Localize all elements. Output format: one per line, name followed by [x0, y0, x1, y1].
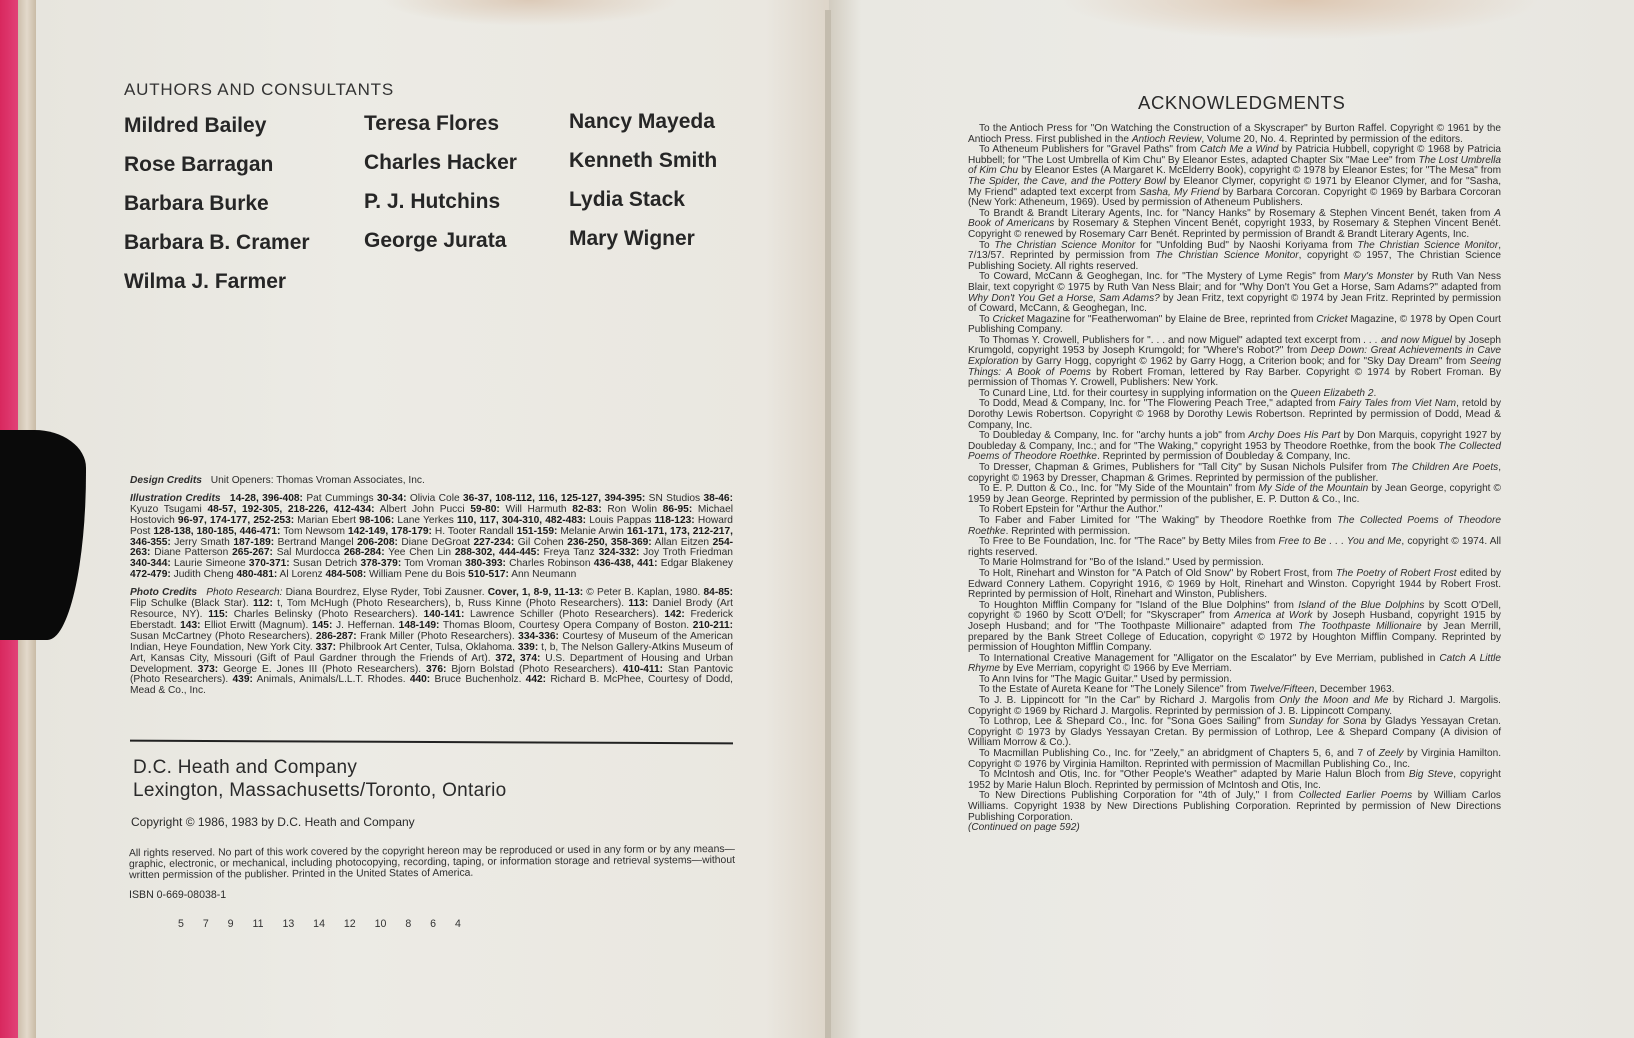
credit-name: Lawrence Schiller (Photo Researchers). [464, 609, 658, 620]
acknowledgment-entry: To Doubleday & Company, Inc. for "archy … [968, 431, 1501, 463]
acknowledgment-entry: To Brandt & Brandt Literary Agents, Inc.… [968, 209, 1501, 241]
credit-pages: 370-371: [249, 558, 290, 569]
credit-pages: 436-438, 441: [594, 558, 658, 569]
acknowledgment-entry: To New Directions Publishing Corporation… [968, 791, 1501, 823]
credit-name: Melanie Arwin [557, 526, 623, 537]
credit-name: Freya Tanz [540, 547, 595, 558]
author-name: Barbara Burke [124, 192, 364, 217]
credit-pages: 145: [312, 620, 332, 631]
credit-pages: 288-302, 444-445: [455, 547, 540, 558]
credit-pages: 480-481: [237, 569, 278, 580]
credit-name: Edgar Blakeney [658, 558, 733, 569]
credit-name: Will Harmuth [500, 504, 567, 515]
author-name: Mildred Bailey [124, 114, 364, 139]
credit-name: Olivia Cole [406, 493, 459, 504]
credit-name: Marian Ebert [294, 515, 356, 526]
credit-pages: 373: [198, 664, 218, 675]
acknowledgment-entry: To Atheneum Publishers for "Gravel Paths… [968, 145, 1501, 209]
credit-name: Yee Chen Lin [385, 547, 451, 558]
credit-name: Philbrook Art Center, Tulsa, Oklahoma. [336, 642, 515, 653]
credit-pages: 340-344: [130, 558, 171, 569]
author-name: George Jurata [364, 229, 569, 254]
credit-pages: 48-57, 192-305, 218-226, 412-434: [207, 504, 374, 515]
credit-pages: 440: [410, 674, 430, 685]
credit-name: Susan Detrich [290, 558, 358, 569]
credit-pages: 265-267: [232, 547, 273, 558]
authors-list: Mildred BaileyTeresa FloresNancy MayedaR… [124, 114, 769, 295]
credit-pages: 337: [316, 642, 336, 653]
credit-pages: 372, 374: [495, 653, 540, 664]
credit-pages: 110, 117, 304-310, 482-483: [457, 515, 586, 526]
credit-pages: 148-149: [399, 620, 440, 631]
author-name: Mary Wigner [569, 227, 769, 252]
credit-pages: 82-83: [572, 504, 601, 515]
credit-name: Joy Troth Friedman [639, 547, 733, 558]
design-credits: Design Credits Unit Openers: Thomas Vrom… [130, 476, 733, 487]
printing-numbers: 5 7 9 11 13 14 12 10 8 6 4 [178, 918, 461, 930]
illustration-credits: Illustration Credits 14-28, 396-408: Pat… [130, 494, 733, 581]
credit-name: Pat Cummings [303, 493, 374, 504]
author-name: Nancy Mayeda [569, 110, 769, 135]
credit-pages: 206-208: [357, 537, 398, 548]
credit-pages: 227-234: [473, 537, 514, 548]
credit-name: Flip Schulke (Black Star). [130, 598, 249, 609]
rights-notice: All rights reserved. No part of this wor… [129, 844, 735, 881]
acknowledgment-entry: To Free to Be Foundation, Inc. for "The … [968, 537, 1501, 558]
credit-pages: 510-517: [468, 569, 509, 580]
credit-name: Ron Wolin [602, 504, 657, 515]
credit-pages: 376: [426, 664, 446, 675]
credit-name: Ann Neumann [509, 569, 576, 580]
acknowledgment-entry: To the Antioch Press for "On Watching th… [968, 124, 1501, 145]
credit-name: H. Tooter Randall [432, 526, 514, 537]
acknowledgments-title: ACKNOWLEDGMENTS [1138, 92, 1345, 114]
credit-pages: 38-46: [704, 493, 733, 504]
credit-name: Judith Cheng [171, 569, 234, 580]
credit-name: Bruce Buchenholz. [430, 674, 521, 685]
credit-pages: 113: [628, 598, 648, 609]
credit-name: Al Lorenz [277, 569, 322, 580]
credit-name: Frank Miller (Photo Researchers). [357, 631, 515, 642]
credit-name: Tom Newsom [280, 526, 345, 537]
credit-pages: 30-34: [377, 493, 406, 504]
credit-name: Albert John Pucci [375, 504, 465, 515]
paper-stain [380, 0, 680, 26]
credit-pages: 142-149, 178-179: [348, 526, 432, 537]
credit-name: Louis Pappas [586, 515, 651, 526]
credit-name: William Pene du Bois [366, 569, 465, 580]
credit-name: Charles Belinsky (Photo Researchers). [228, 609, 418, 620]
credit-name: Tom Vroman [401, 558, 462, 569]
author-name: Barbara B. Cramer [124, 231, 364, 256]
credit-name: Sal Murdocca [273, 547, 340, 558]
credit-name: t, Tom McHugh (Photo Researchers), b, Ru… [273, 598, 624, 609]
credit-pages: 472-479: [130, 569, 171, 580]
credit-pages: 334-336: [518, 631, 559, 642]
credit-pages: 187-189: [233, 537, 274, 548]
credit-pages: 151-159: [517, 526, 558, 537]
isbn: ISBN 0-669-08038-1 [129, 889, 226, 901]
acknowledgment-entry: To Dresser, Chapman & Grimes, Publishers… [968, 463, 1501, 484]
author-name: Kenneth Smith [569, 149, 769, 174]
acknowledgment-entry: To Faber and Faber Limited for "The Waki… [968, 516, 1501, 537]
author-name: Teresa Flores [364, 112, 569, 137]
credit-pages: 128-138, 180-185, 446-471: [153, 526, 280, 537]
acknowledgment-entry: To Dodd, Mead & Company, Inc. for "The F… [968, 399, 1501, 431]
acknowledgment-entry: To Coward, McCann & Geoghegan, Inc. for … [968, 272, 1501, 314]
credit-name: Allan Eitzen [652, 537, 709, 548]
credit-pages: 14-28, 396-408: [230, 493, 303, 504]
credit-name: George E. Jones III (Photo Researchers). [218, 664, 421, 675]
paper-stain [1060, 0, 1540, 40]
acknowledgments-body: To the Antioch Press for "On Watching th… [968, 124, 1501, 834]
credit-name: Charles Robinson [506, 558, 591, 569]
acknowledgment-entry: To Houghton Mifflin Company for "Island … [968, 601, 1501, 654]
credits-block: Design Credits Unit Openers: Thomas Vrom… [130, 476, 733, 704]
acknowledgment-entry: To J. B. Lippincott for "In the Car" by … [968, 696, 1501, 717]
author-name: Lydia Stack [569, 188, 769, 213]
credit-pages: 442: [526, 674, 546, 685]
credit-name: Bertrand Mangel [274, 537, 353, 548]
credit-pages: 380-393: [465, 558, 506, 569]
acknowledgment-entry: To The Christian Science Monitor for "Un… [968, 241, 1501, 273]
credit-name: SN Studios [645, 493, 700, 504]
credit-pages: 36-37, 108-112, 116, 125-127, 394-395: [463, 493, 645, 504]
credit-name: © Peter B. Kaplan, 1980. [583, 587, 700, 598]
credit-pages: 210-211: [693, 620, 733, 631]
credit-pages: 98-106: [359, 515, 394, 526]
credit-pages: 86-95: [663, 504, 692, 515]
credit-name: Animals, Animals/L.L.T. Rhodes. [253, 674, 406, 685]
credit-name: Diane DeGroat [398, 537, 470, 548]
acknowledgment-entry: To International Creative Management for… [968, 654, 1501, 675]
credit-name: Thomas Bloom, Courtesy Opera Company of … [439, 620, 689, 631]
credit-pages: 59-80: [470, 504, 499, 515]
publisher-block: D.C. Heath and Company Lexington, Massac… [133, 756, 507, 802]
credit-name: J. Heffernan. [332, 620, 395, 631]
credit-name: Gil Cohen [514, 537, 563, 548]
credit-pages: 140-141: [424, 609, 465, 620]
author-name: Wilma J. Farmer [124, 270, 364, 295]
credit-pages: 439: [233, 674, 253, 685]
credit-name: Lane Yerkes [394, 515, 454, 526]
credit-pages: 286-287: [316, 631, 357, 642]
credit-name: Kyuzo Tsugami [130, 504, 202, 515]
acknowledgment-entry: To Lothrop, Lee & Shepard Co., Inc. for … [968, 717, 1501, 749]
author-name: P. J. Hutchins [364, 190, 569, 215]
credit-pages: 324-332: [599, 547, 640, 558]
author-name: Rose Barragan [124, 153, 364, 178]
acknowledgment-entry: To E. P. Dutton & Co., Inc. for "My Side… [968, 484, 1501, 505]
credit-name: Elliot Erwitt (Magnum). [201, 620, 309, 631]
credit-name: Bjorn Bolstad (Photo Researchers). [446, 664, 618, 675]
credit-pages: 115: [208, 609, 228, 620]
credit-pages: 339: [518, 642, 538, 653]
credit-name: Jerry Smath [171, 537, 230, 548]
credit-pages: 378-379: [360, 558, 401, 569]
credit-pages: Cover, 1, 8-9, 11-13: [488, 587, 583, 598]
publisher-location: Lexington, Massachusetts/Toronto, Ontari… [133, 779, 507, 802]
credit-name: Diane Patterson [150, 547, 228, 558]
photo-credits: Photo Credits Photo Research: Diana Bour… [130, 588, 733, 697]
author-name: Charles Hacker [364, 151, 569, 176]
copyright-line: Copyright © 1986, 1983 by D.C. Heath and… [131, 815, 415, 829]
acknowledgment-entry: To Cricket Magazine for "Featherwoman" b… [968, 315, 1501, 336]
credit-pages: 118-123: [654, 515, 694, 526]
acknowledgment-entry: To Macmillan Publishing Co., Inc. for "Z… [968, 749, 1501, 770]
credit-pages: 484-508: [325, 569, 366, 580]
credit-pages: 143: [180, 620, 200, 631]
credit-pages: 268-284: [344, 547, 385, 558]
acknowledgment-entry: To McIntosh and Otis, Inc. for "Other Pe… [968, 770, 1501, 791]
credit-pages: 410-411: [623, 664, 663, 675]
credit-pages: 112: [253, 598, 273, 609]
credit-pages: 142: [664, 609, 684, 620]
book-gutter [825, 10, 831, 1038]
acknowledgment-entry: To Thomas Y. Crowell, Publishers for ". … [968, 336, 1501, 389]
continued-note: (Continued on page 592) [968, 823, 1501, 834]
credit-name: Laurie Simeone [171, 558, 246, 569]
publisher-name: D.C. Heath and Company [133, 756, 507, 779]
authors-heading: AUTHORS AND CONSULTANTS [124, 80, 394, 100]
credit-pages: 84-85: [704, 587, 733, 598]
acknowledgment-entry: To Holt, Rinehart and Winston for "A Pat… [968, 569, 1501, 601]
credit-pages: 96-97, 174-177, 252-253: [178, 515, 294, 526]
credit-name: Susan McCartney (Photo Researchers). [130, 631, 312, 642]
credit-pages: 236-250, 358-369: [567, 537, 652, 548]
